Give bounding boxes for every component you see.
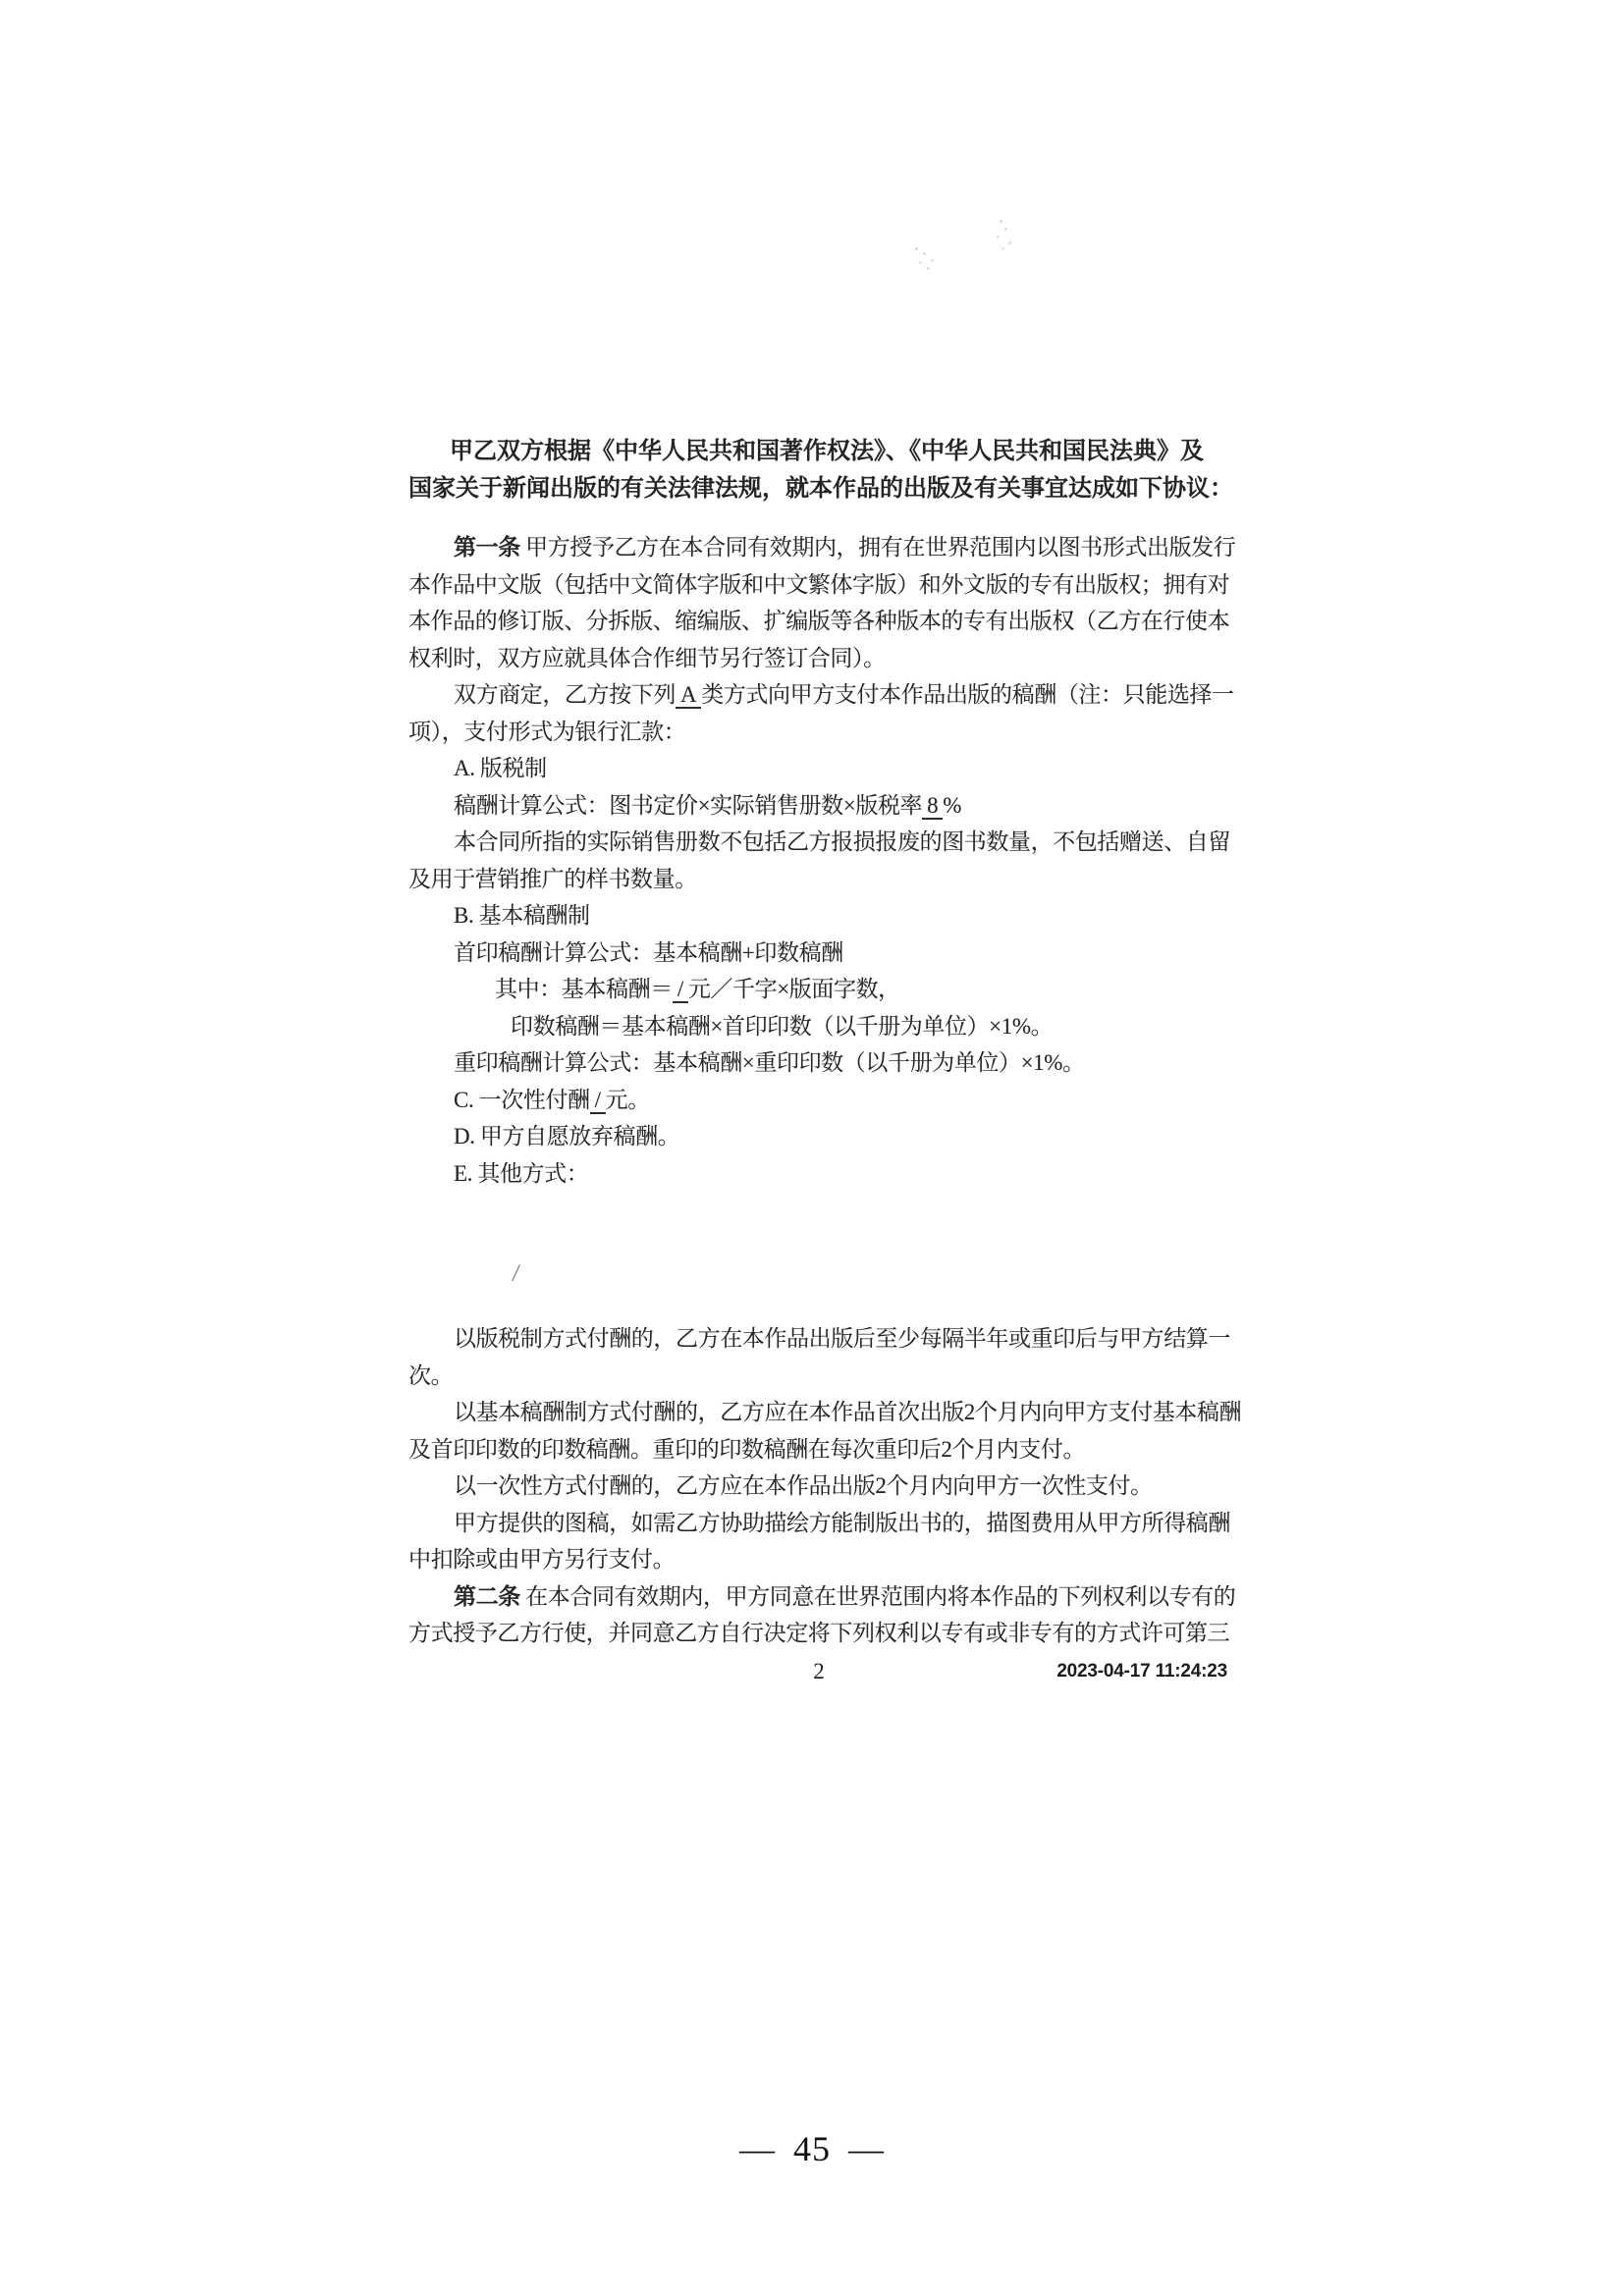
text-segment: 以版税制方式付酬的，乙方在本作品出版后至少每隔半年或重印后与甲方结算一 [454,1326,1230,1351]
contract-line: 及用于营销推广的样书数量。 [408,861,1243,898]
text-segment: 类方式向甲方支付本作品出版的稿酬（注：只能选择一 [701,682,1233,707]
contract-line: 项），支付形式为银行汇款： [408,714,1243,751]
filled-blank: / [673,977,688,1003]
contract-line: 第一条 甲方授予乙方在本合同有效期内，拥有在世界范围内以图书形式出版发行 [408,529,1243,566]
scan-speckle [1000,220,1002,223]
text-segment: 本作品中文版（包括中文简体字版和中文繁体字版）和外文版的专有出版权；拥有对 [408,572,1229,597]
contract-line: 方式授予乙方行使，并同意乙方自行决定将下列权利以专有或非专有的方式许可第三 [408,1615,1243,1652]
text-segment: 甲方授予乙方在本合同有效期内，拥有在世界范围内以图书形式出版发行 [520,535,1236,560]
text-segment: 国家关于新闻出版的有关法律法规，就本作品的出版及有关事宜达成如下协议： [408,475,1233,502]
text-segment: 以基本稿酬制方式付酬的，乙方应在本作品首次出版2个月内向甲方支付基本稿酬 [454,1400,1241,1424]
contract-line: 权利时，双方应就具体合作细节另行签订合同）。 [408,640,1243,677]
text-segment: 本合同所指的实际销售册数不包括乙方报损报废的图书数量，不包括赠送、自留 [454,829,1230,854]
text-segment: 双方商定，乙方按下列 [454,682,676,707]
contract-line: 重印稿酬计算公式：基本稿酬×重印印数（以千册为单位）×1%。 [408,1044,1243,1082]
text-segment: D. 甲方自愿放弃稿酬。 [454,1124,679,1148]
contract-line: 双方商定，乙方按下列A类方式向甲方支付本作品出版的稿酬（注：只能选择一 [408,676,1243,714]
contract-line: D. 甲方自愿放弃稿酬。 [408,1118,1243,1155]
text-segment: 甲乙双方根据《中华人民共和国著作权法》、《中华人民共和国民法典》及 [450,438,1204,464]
text-segment: 元／千字×版面字数， [688,977,900,1001]
contract-line: 以版税制方式付酬的，乙方在本作品出版后至少每隔半年或重印后与甲方结算一 [408,1320,1243,1358]
text-segment: 权利时，双方应就具体合作细节另行签订合同）。 [408,646,886,670]
scan-speckle [915,247,918,250]
text-segment: C. 一次性付酬 [454,1088,590,1112]
contract-line: 本作品的修订版、分拆版、缩编版、扩编版等各种版本的专有出版权（乙方在行使本 [408,603,1243,640]
filled-blank: A [676,682,701,709]
text-segment: % [943,793,961,818]
text-segment: 稿酬计算公式：图书定价×实际销售册数×版税率 [454,793,922,818]
contract-line: 以基本稿酬制方式付酬的，乙方应在本作品首次出版2个月内向甲方支付基本稿酬 [408,1394,1243,1431]
contract-line: 本合同所指的实际销售册数不包括乙方报损报废的图书数量，不包括赠送、自留 [408,824,1243,861]
text-segment: 以一次性方式付酬的，乙方应在本作品出版2个月内向甲方一次性支付。 [454,1473,1153,1498]
contract-line: 本作品中文版（包括中文简体字版和中文繁体字版）和外文版的专有出版权；拥有对 [408,566,1243,604]
text-segment: 元。 [606,1088,650,1112]
contract-line: 及首印印数的印数稿酬。重印的印数稿酬在每次重印后2个月内支付。 [408,1431,1243,1468]
contract-line: C. 一次性付酬/元。 [408,1082,1243,1119]
text-segment: 及用于营销推广的样书数量。 [408,867,697,891]
text-segment: 中扣除或由甲方另行支付。 [408,1547,675,1572]
filled-blank: 8 [922,793,943,820]
text-segment: 次。 [408,1363,453,1388]
scan-timestamp: 2023-04-17 11:24:23 [1056,1661,1227,1682]
text-segment: 本作品的修订版、分拆版、缩编版、扩编版等各种版本的专有出版权（乙方在行使本 [408,609,1229,633]
contract-line: A. 版税制 [408,750,1243,787]
text-segment: 首印稿酬计算公式：基本稿酬+印数稿酬 [454,940,843,965]
text-segment: A. 版税制 [454,756,547,780]
text-segment: 在本合同有效期内，甲方同意在世界范围内将本作品的下列权利以专有的 [520,1584,1236,1609]
contract-line: 中扣除或由甲方另行支付。 [408,1541,1243,1578]
text-segment: 方式授予乙方行使，并同意乙方自行决定将下列权利以专有或非专有的方式许可第三 [408,1621,1229,1645]
text-segment: 其中：基本稿酬＝ [495,977,673,1001]
text-segment: 及首印印数的印数稿酬。重印的印数稿酬在每次重印后2个月内支付。 [408,1437,1085,1462]
contract-line: B. 基本稿酬制 [408,897,1243,934]
contract-line: 以一次性方式付酬的，乙方应在本作品出版2个月内向甲方一次性支付。 [408,1468,1243,1505]
contract-line: 第二条 在本合同有效期内，甲方同意在世界范围内将本作品的下列权利以专有的 [408,1578,1243,1616]
text-segment: 项），支付形式为银行汇款： [408,720,685,744]
text-segment: B. 基本稿酬制 [454,903,590,928]
contract-line: 甲方提供的图稿，如需乙方协助描绘方能制版出书的，描图费用从甲方所得稿酬 [408,1505,1243,1542]
contract-line: 首印稿酬计算公式：基本稿酬+印数稿酬 [408,934,1243,972]
contract-line: 国家关于新闻出版的有关法律法规，就本作品的出版及有关事宜达成如下协议： [408,470,1243,507]
contract-line: 印数稿酬＝基本稿酬×首印印数（以千册为单位）×1%。 [408,1008,1243,1045]
text-segment: 重印稿酬计算公式：基本稿酬×重印印数（以千册为单位）×1%。 [454,1050,1085,1075]
text-segment: 第一条 [454,535,520,560]
text-segment: 第二条 [454,1584,520,1609]
folio-page-number: — 45 — [0,2128,1624,2169]
filled-blank: / [590,1088,606,1114]
text-segment: 印数稿酬＝基本稿酬×首印印数（以千册为单位）×1%。 [511,1014,1053,1039]
contract-line: E. 其他方式： [408,1155,1243,1193]
contract-line: 次。 [408,1358,1243,1395]
contract-text: 甲乙双方根据《中华人民共和国著作权法》、《中华人民共和国民法典》及国家关于新闻出… [408,433,1243,1652]
text-segment: 甲方提供的图稿，如需乙方协助描绘方能制版出书的，描图费用从甲方所得稿酬 [454,1511,1230,1535]
contract-line: 甲乙双方根据《中华人民共和国著作权法》、《中华人民共和国民法典》及 [408,433,1243,470]
scanned-contract-page: 甲乙双方根据《中华人民共和国著作权法》、《中华人民共和国民法典》及国家关于新闻出… [0,0,1624,2296]
contract-line: 其中：基本稿酬＝/元／千字×版面字数， [408,971,1243,1008]
text-segment: E. 其他方式： [454,1161,588,1186]
contract-line: 稿酬计算公式：图书定价×实际销售册数×版税率8% [408,787,1243,825]
